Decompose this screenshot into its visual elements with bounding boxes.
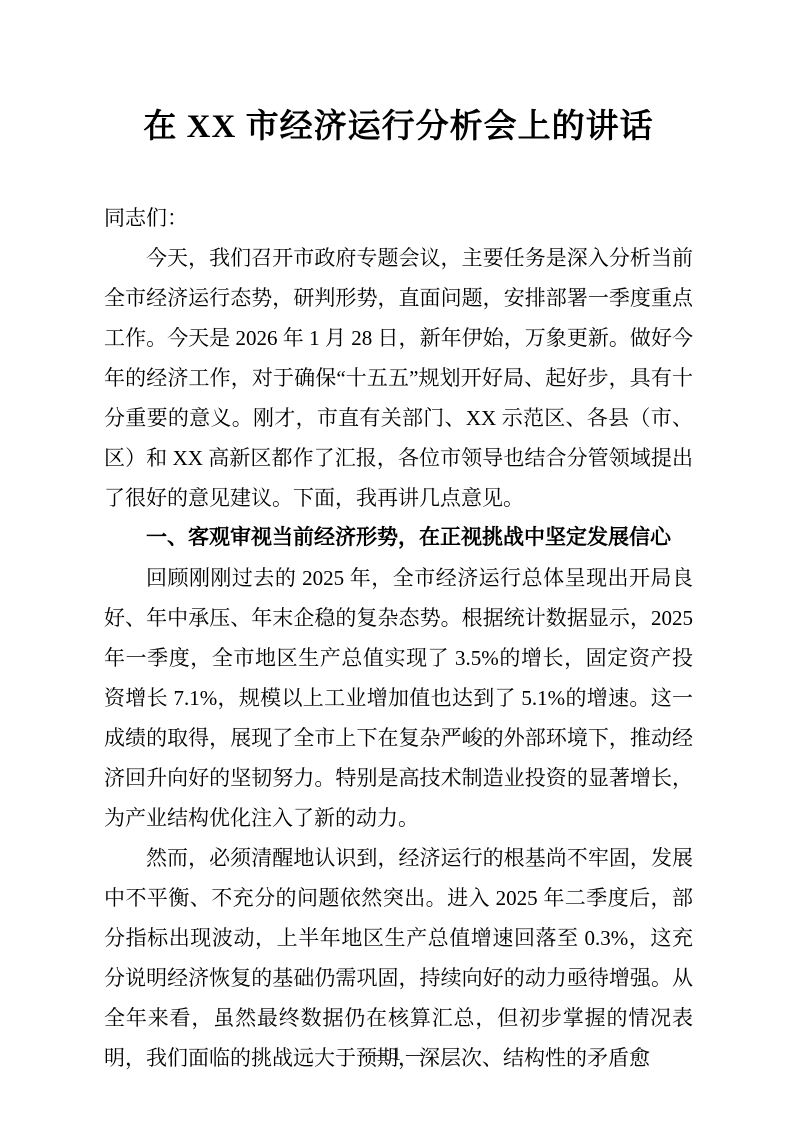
paragraph-opening: 今天，我们召开市政府专题会议，主要任务是深入分析当前全市经济运行态势，研判形势，… [104, 238, 693, 518]
salutation: 同志们： [104, 198, 693, 238]
document-page: 在 XX 市经济运行分析会上的讲话 同志们： 今天，我们召开市政府专题会议，主要… [0, 0, 793, 1122]
page-number: — 1 — [0, 1044, 793, 1066]
paragraph-review-2025: 回顾刚刚过去的 2025 年，全市经济运行总体呈现出开局良好、年中承压、年末企稳… [104, 558, 693, 838]
document-body: 同志们： 今天，我们召开市政府专题会议，主要任务是深入分析当前全市经济运行态势，… [104, 198, 693, 1078]
section-heading-1: 一、客观审视当前经济形势，在正视挑战中坚定发展信心 [104, 518, 693, 558]
document-content: 在 XX 市经济运行分析会上的讲话 同志们： 今天，我们召开市政府专题会议，主要… [104, 0, 693, 1078]
paragraph-challenges: 然而，必须清醒地认识到，经济运行的根基尚不牢固，发展中不平衡、不充分的问题依然突… [104, 838, 693, 1078]
document-title: 在 XX 市经济运行分析会上的讲话 [104, 104, 693, 150]
